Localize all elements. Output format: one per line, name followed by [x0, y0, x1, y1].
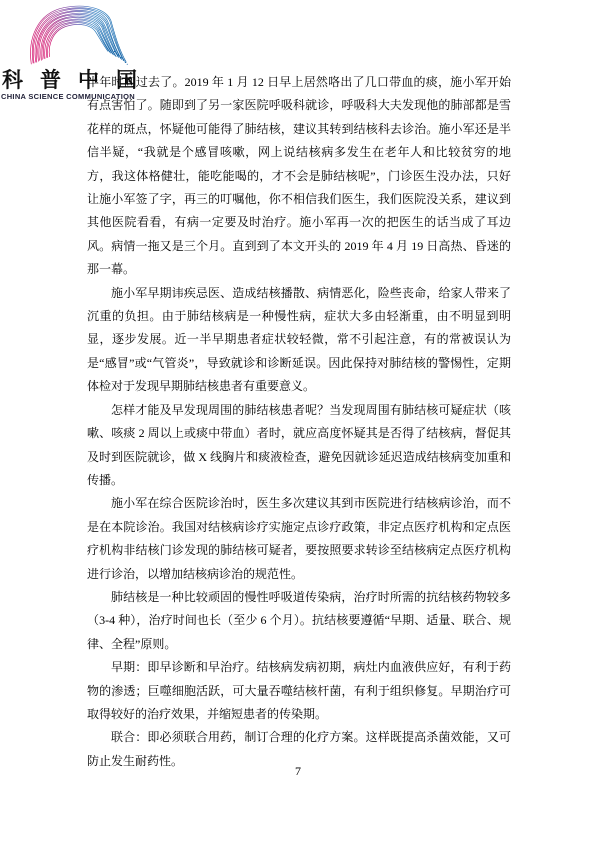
paragraph-6: 早期：即早诊断和早治疗。结核病发病初期，病灶内血液供应好，有利于药物的渗透；巨噬…: [87, 656, 511, 726]
paragraph-5: 肺结核是一种比较顽固的慢性呼吸道传染病，治疗时所需的抗结核药物较多（3-4 种）…: [87, 586, 511, 656]
paragraph-3: 怎样才能及早发现周围的肺结核患者呢？当发现周围有肺结核可疑症状（咳嗽、咳痰 2 …: [87, 399, 511, 493]
document-body: 半年时间过去了。2019 年 1 月 12 日早上居然咯出了几口带血的痰，施小军…: [87, 71, 511, 773]
paragraph-1: 半年时间过去了。2019 年 1 月 12 日早上居然咯出了几口带血的痰，施小军…: [87, 71, 511, 282]
logo-swoosh-icon: [24, 2, 130, 68]
paragraph-2: 施小军早期讳疾忌医、造成结核播散、病情恶化，险些丧命，给家人带来了沉重的负担。由…: [87, 282, 511, 399]
document-page: 科普中国 CHINA SCIENCE COMMUNICATION 半年时间过去了…: [0, 0, 596, 842]
page-number: 7: [0, 764, 596, 779]
paragraph-4: 施小军在综合医院诊治时，医生多次建议其到市医院进行结核病诊治，而不是在本院诊治。…: [87, 492, 511, 586]
